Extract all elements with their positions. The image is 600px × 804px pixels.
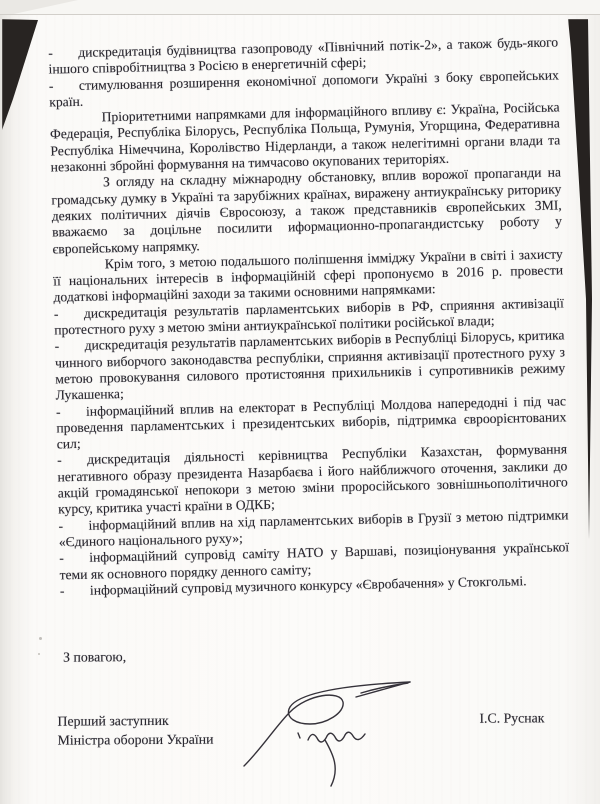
signer-title: Перший заступник Міністра оборони Україн… — [48, 711, 213, 750]
signer-name: І.С. Руснак — [479, 710, 550, 726]
list-item: -дискредитація діяльності керівництва Ре… — [57, 442, 568, 518]
letter-body: -дискредитація будівництва газопроводу «… — [48, 34, 570, 599]
list-marker: - — [60, 583, 90, 600]
handwritten-signature — [228, 664, 428, 794]
list-marker: - — [58, 517, 88, 534]
scan-speck — [38, 653, 40, 655]
scan-speck — [39, 637, 42, 640]
paragraph: З огляду на складну міжнародну обстановк… — [51, 165, 563, 258]
list-marker: - — [48, 45, 78, 62]
closing-salutation: З повагою, — [48, 646, 550, 666]
list-marker: - — [54, 338, 84, 355]
signer-title-line1: Перший заступник — [57, 711, 213, 731]
list-marker: - — [56, 403, 86, 420]
list-marker: - — [57, 452, 87, 469]
list-marker: - — [49, 77, 79, 94]
list-item: -дискредитація результатів парламентськи… — [54, 328, 565, 404]
list-item-text: дискредитація результатів парламентських… — [55, 328, 566, 403]
list-marker: - — [59, 550, 89, 567]
scanner-top-margin — [0, 0, 600, 14]
signer-title-line2: Міністра оборони України — [58, 730, 214, 750]
list-item-text: дискредитація діяльності керівництва Рес… — [57, 442, 568, 517]
paragraph: Пріоритетними напрямками для інформаційн… — [49, 100, 560, 176]
scanned-letter-page: -дискредитація будівництва газопроводу «… — [0, 0, 600, 804]
list-marker: - — [54, 306, 84, 323]
